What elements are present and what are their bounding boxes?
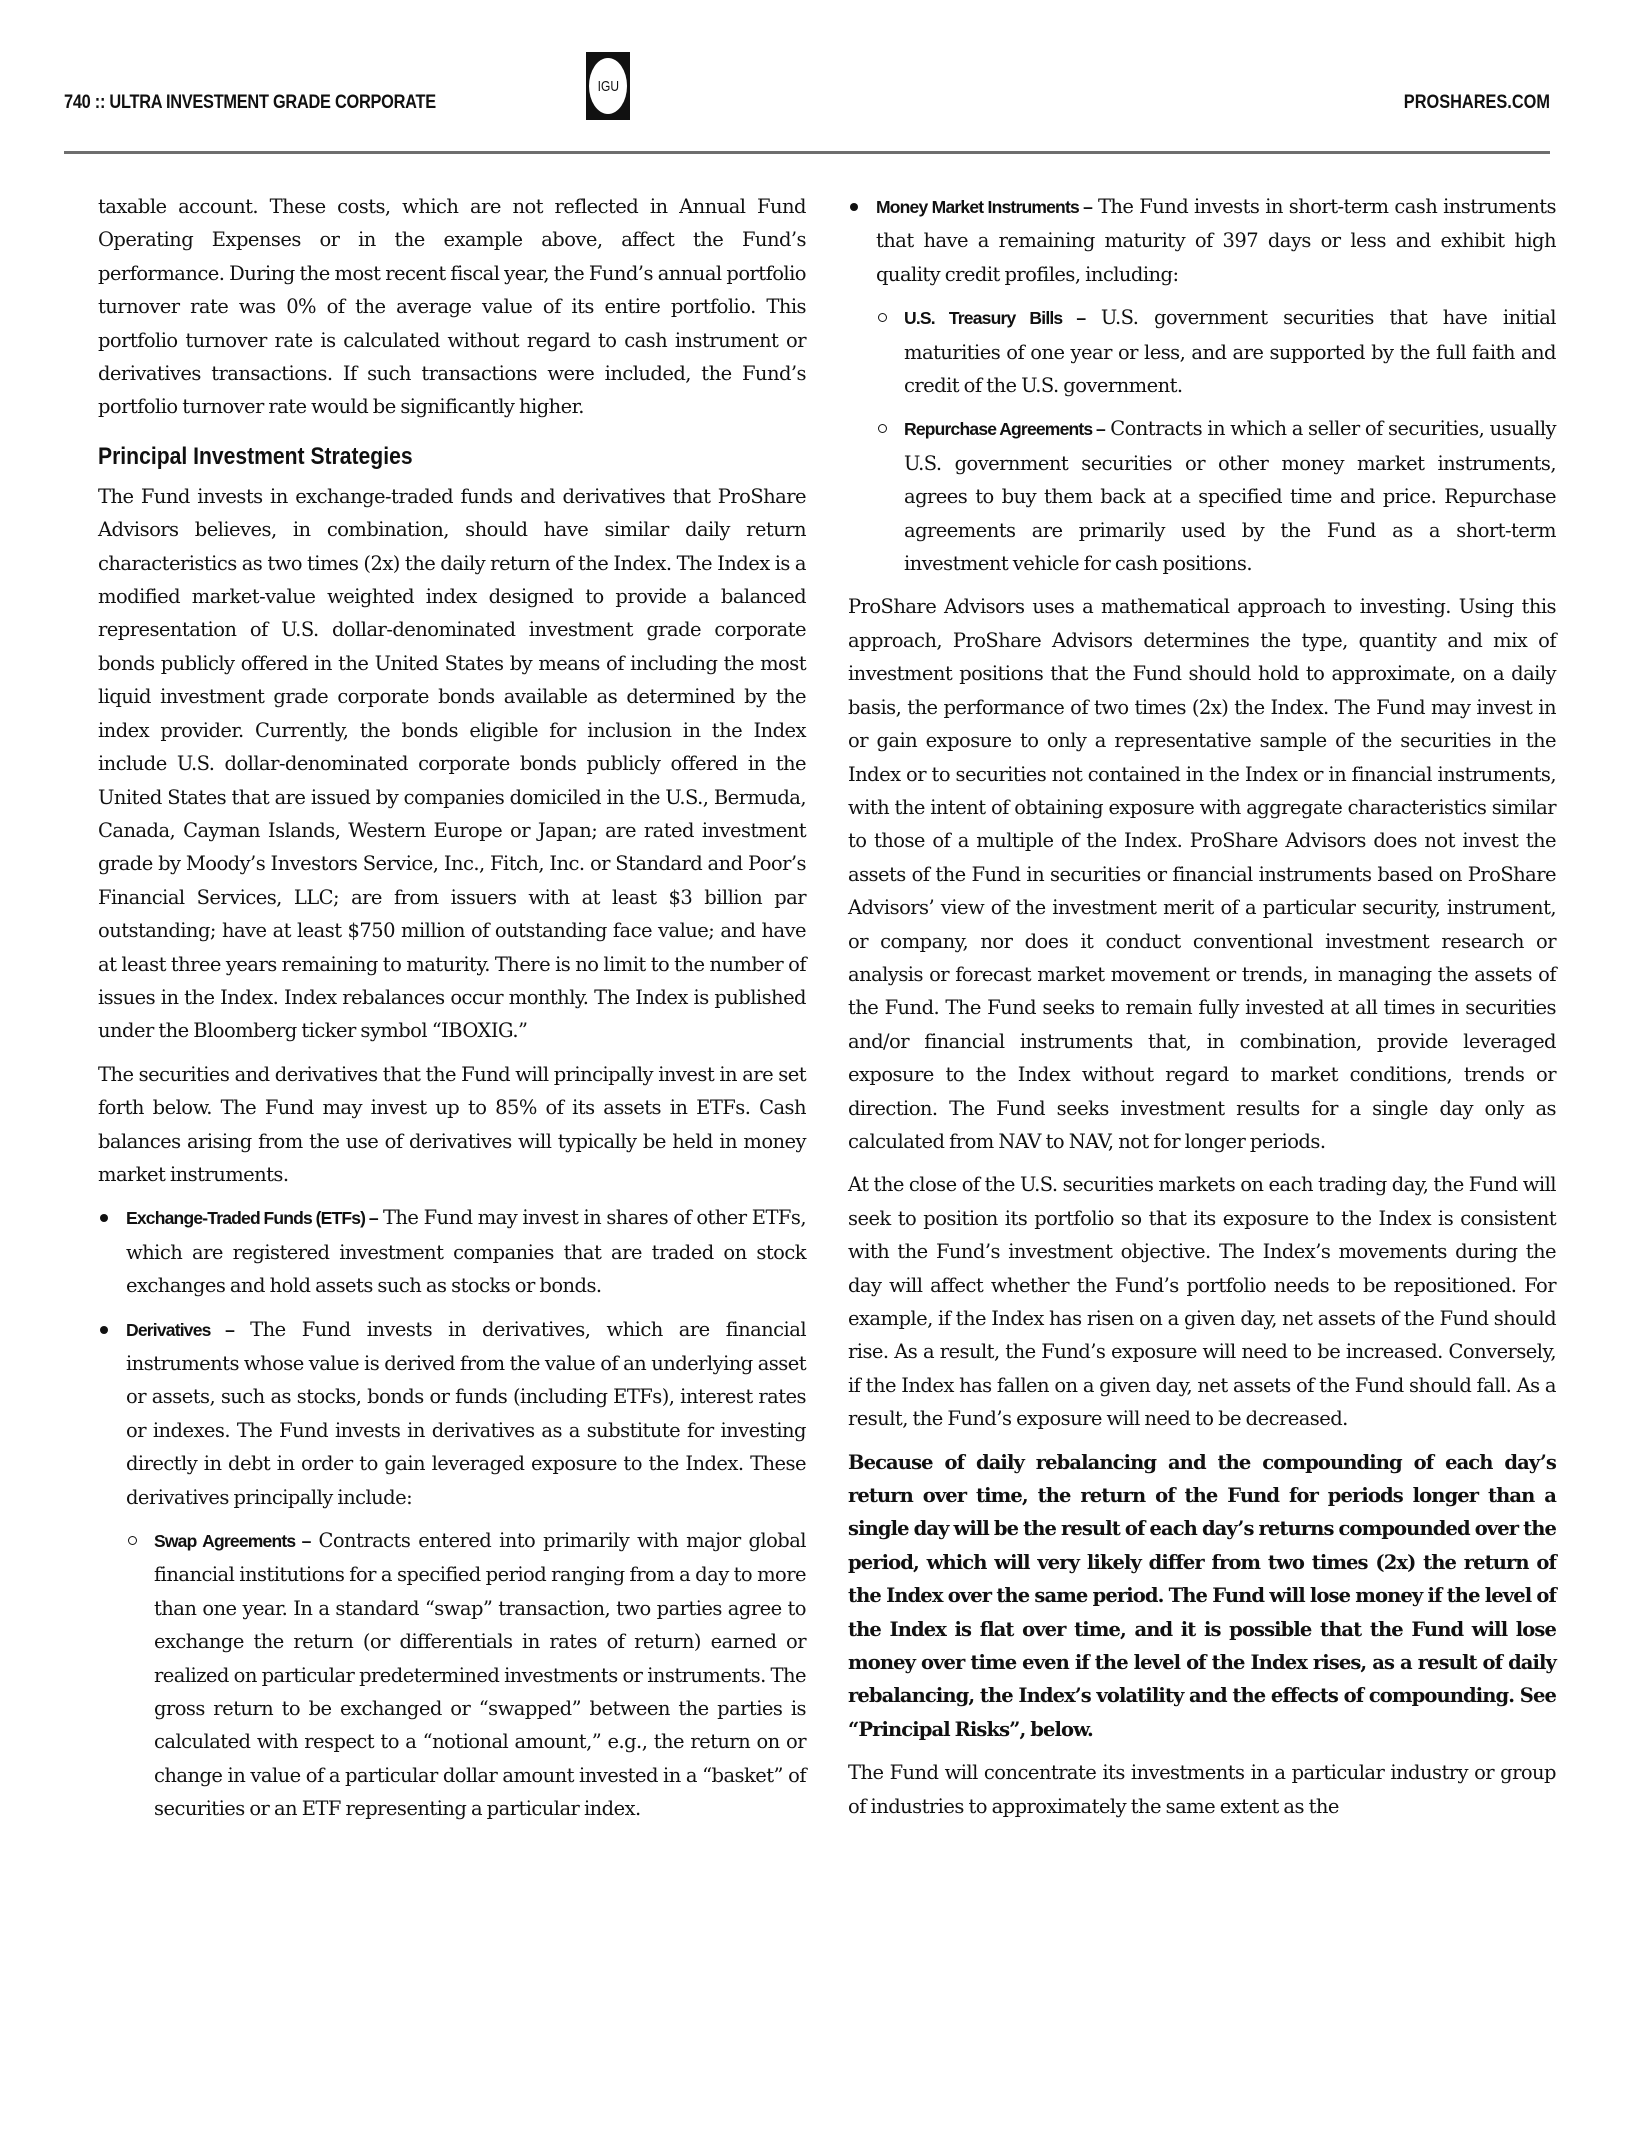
sublist-item-repurchase-agreements: Repurchase Agreements – Contracts in whi… [876, 412, 1556, 580]
list-item-money-market: Money Market Instruments – The Fund inve… [848, 190, 1556, 580]
page-number-and-fund-title: 740 :: ULTRA INVESTMENT GRADE CORPORATE [64, 92, 436, 114]
left-column: taxable account. These costs, which are … [98, 190, 806, 1836]
list-item-derivatives: Derivatives – The Fund invests in deriva… [98, 1313, 806, 1826]
investment-list: Exchange-Traded Funds (ETFs) – The Fund … [98, 1201, 806, 1825]
page-header: 740 :: ULTRA INVESTMENT GRADE CORPORATE … [64, 52, 1550, 152]
money-market-list: Money Market Instruments – The Fund inve… [848, 190, 1556, 580]
money-market-sublist: U.S. Treasury Bills – U.S. government se… [876, 301, 1556, 580]
sublist-item-text: Contracts entered into primarily with ma… [154, 1529, 806, 1820]
list-item-term: Derivatives – [126, 1320, 234, 1340]
ticker-badge: IGU [586, 52, 630, 120]
intro-paragraph: taxable account. These costs, which are … [98, 190, 806, 424]
sublist-item-term: U.S. Treasury Bills – [904, 308, 1085, 328]
securities-paragraph: The securities and derivatives that the … [98, 1058, 806, 1192]
site-url: PROSHARES.COM [1404, 92, 1550, 114]
derivatives-sublist: Swap Agreements – Contracts entered into… [126, 1524, 806, 1826]
sublist-item-swap-agreements: Swap Agreements – Contracts entered into… [126, 1524, 806, 1826]
ticker-badge-oval: IGU [589, 58, 627, 114]
market-close-paragraph: At the close of the U.S. securities mark… [848, 1168, 1556, 1435]
list-item-term: Exchange-Traded Funds (ETFs) – [126, 1208, 378, 1228]
right-column: Money Market Instruments – The Fund inve… [848, 190, 1556, 1833]
concentration-paragraph: The Fund will concentrate its investment… [848, 1756, 1556, 1823]
strategy-paragraph: The Fund invests in exchange-traded fund… [98, 480, 806, 1048]
sublist-item-treasury-bills: U.S. Treasury Bills – U.S. government se… [876, 301, 1556, 402]
header-divider [64, 151, 1550, 154]
sublist-item-term: Repurchase Agreements – [904, 419, 1105, 439]
ticker-badge-label: IGU [597, 78, 618, 95]
sublist-item-term: Swap Agreements – [154, 1531, 311, 1551]
approach-paragraph: ProShare Advisors uses a mathematical ap… [848, 590, 1556, 1158]
list-item-term: Money Market Instruments – [876, 197, 1092, 217]
section-heading: Principal Investment Strategies [98, 442, 721, 472]
list-item-text: The Fund invests in derivatives, which a… [126, 1318, 806, 1509]
sublist-item-text: Contracts in which a seller of securitie… [904, 417, 1556, 575]
list-item-etfs: Exchange-Traded Funds (ETFs) – The Fund … [98, 1201, 806, 1302]
compounding-warning-paragraph: Because of daily rebalancing and the com… [848, 1446, 1556, 1747]
